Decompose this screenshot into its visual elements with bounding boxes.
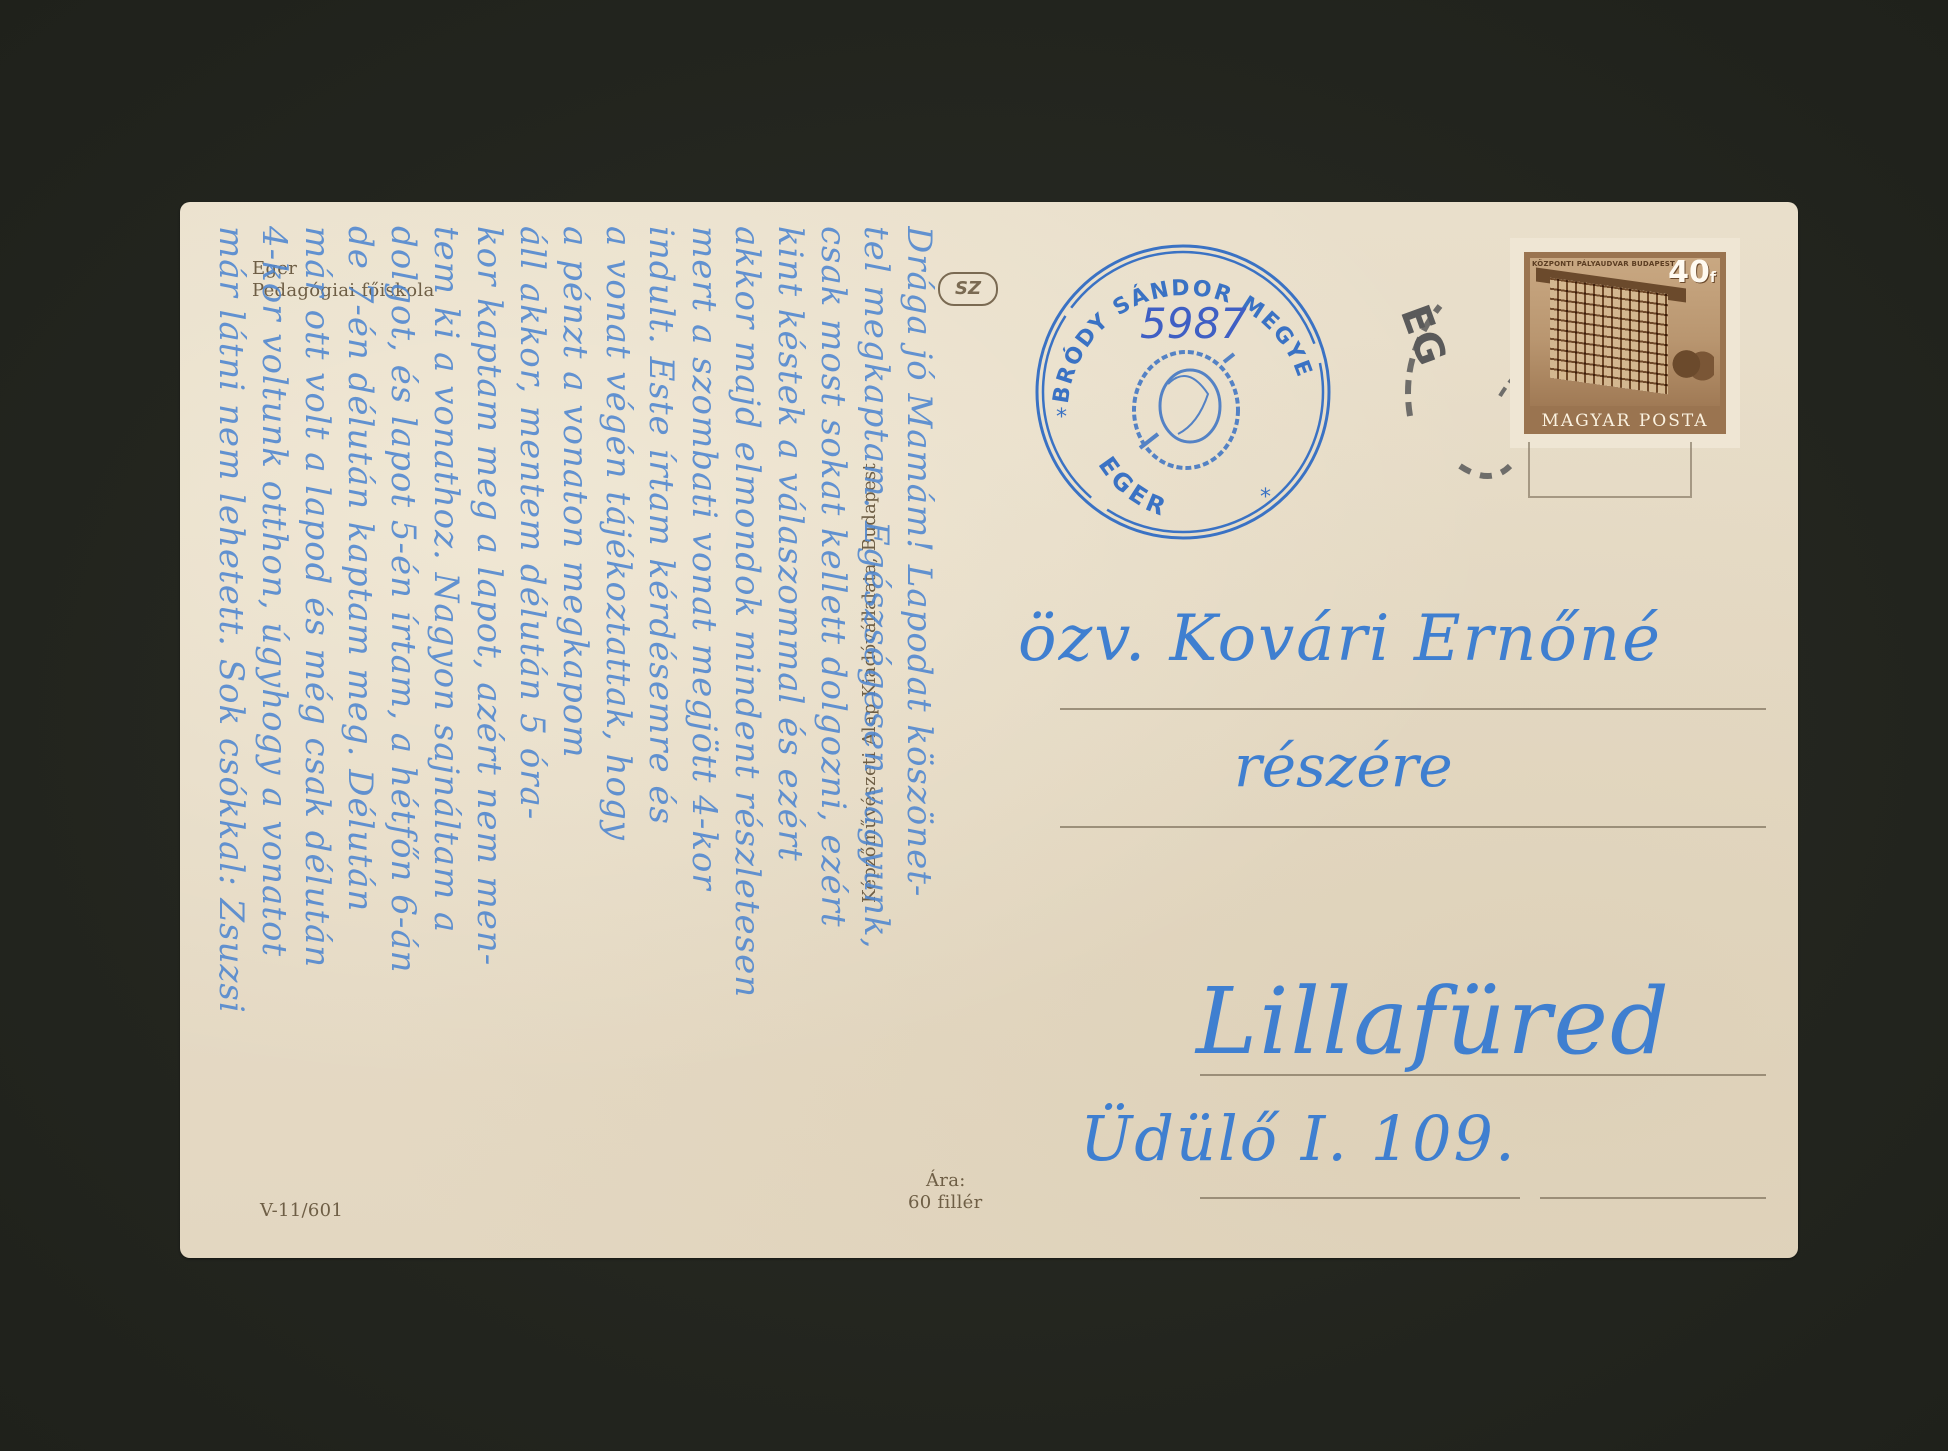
message-line: áll akkor, mentem délután 5 óra- — [510, 226, 553, 1236]
catalog-number: V-11/601 — [260, 1200, 343, 1222]
message-line: tel megkaptam. Egészségesen vagyunk, — [854, 226, 897, 1236]
postage-stamp: KÖZPONTI PÁLYAUDVAR BUDAPEST 40f MAGYAR … — [1510, 238, 1740, 448]
address-rule-4 — [1200, 1197, 1520, 1199]
stamp-country: MAGYAR POSTA — [1524, 411, 1726, 431]
stamp-image: KÖZPONTI PÁLYAUDVAR BUDAPEST 40f MAGYAR … — [1524, 252, 1726, 434]
message-line: már látni nem lehetett. Sok csókkal: Zsu… — [209, 226, 252, 1236]
message-line: Drága jó Mamám! Lapodat köszönet- — [897, 226, 940, 1236]
message-line: kint késtek a válaszommal és ezért — [768, 226, 811, 1236]
stamp-denomination: 40f — [1668, 258, 1716, 293]
stamp-caption: KÖZPONTI PÁLYAUDVAR BUDAPEST — [1532, 260, 1675, 268]
message-line: a vonat végén tájékoztattak, hogy — [596, 226, 639, 1236]
address-rule-1 — [1060, 708, 1766, 710]
recipient-name: özv. Kovári Ernőné — [1018, 602, 1662, 676]
recipient-city: Lillafüred — [1196, 968, 1671, 1075]
message-line: de 7-én délután kaptam meg. Délután — [338, 226, 381, 1236]
recipient-for: részére — [1234, 732, 1453, 800]
message-lines: Drága jó Mamám! Lapodat köszönet-tel meg… — [180, 226, 940, 1236]
price-value: 60 fillér — [908, 1192, 983, 1214]
address-rule-2 — [1060, 826, 1766, 828]
message-line: csak most sokat kellett dolgozni, ezért — [811, 226, 854, 1236]
recipient-street: Üdülő I. 109. — [1080, 1102, 1517, 1175]
coat-of-arms-icon — [1134, 352, 1238, 468]
message-line: kor kaptam meg a lapot, azért nem men- — [467, 226, 510, 1236]
svg-text:*: * — [1260, 485, 1271, 510]
library-stamp: BRÓDY SÁNDOR MEGYEI KÖNYVTÁR EGER * * 59… — [1028, 234, 1338, 544]
price-block: Ára: 60 fillér — [908, 1170, 983, 1214]
building-illustration — [1550, 278, 1668, 395]
stamp-box — [1528, 442, 1692, 498]
message-line: mert a szombati vonat megjött 4-kor — [682, 226, 725, 1236]
message-line: dolgot, és lapot 5-én írtam, a hétfőn 6-… — [381, 226, 424, 1236]
message-line: már ott volt a lapod és még csak délután — [295, 226, 338, 1236]
postcard-back: Eger Pedagógiai főiskola SZ Képzőművésze… — [180, 202, 1798, 1258]
postmark-text: EG — [1391, 299, 1455, 371]
address-rule-5 — [1540, 1197, 1766, 1199]
price-label: Ára: — [908, 1170, 983, 1192]
message-line: indult. Este írtam kérdésemre és — [639, 226, 682, 1236]
message-line: tem ki a vonathoz. Nagyon sajnáltam a — [424, 226, 467, 1236]
message-line: akkor majd elmondok mindent részletesen — [725, 226, 768, 1236]
svg-text:*: * — [1056, 405, 1067, 430]
inventory-number: 5987 — [1140, 299, 1247, 348]
message-line: a pénzt a vonaton megkapom — [553, 226, 596, 1236]
publisher-mark: SZ — [938, 272, 998, 306]
handwritten-message: Drága jó Mamám! Lapodat köszönet-tel meg… — [180, 226, 940, 1236]
message-line: 4-kor voltunk otthon, úgyhogy a vonatot — [252, 226, 295, 1236]
